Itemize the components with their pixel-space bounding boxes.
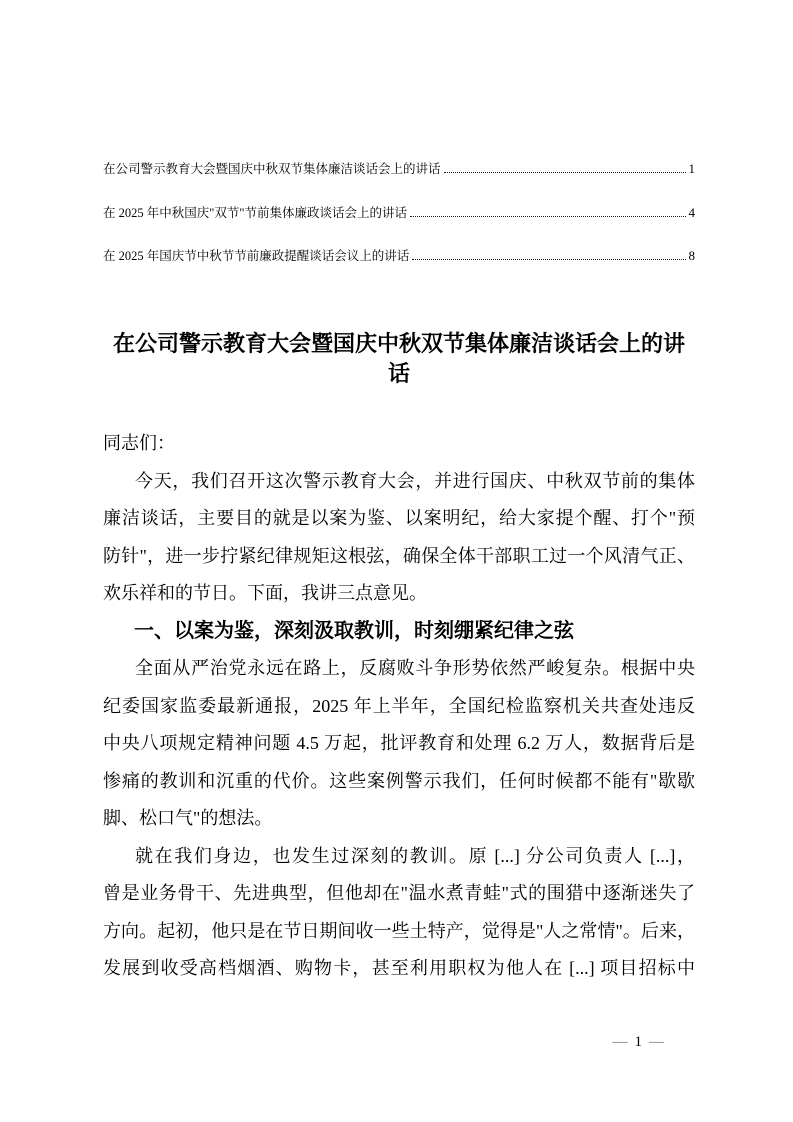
text-line: 惨痛的教训和沉重的代价。这些案例警示我们，任何时候都不能有"歇歇 (103, 763, 695, 801)
toc-leader-dots (410, 216, 686, 217)
toc-entry-title: 在 2025 年中秋国庆"双节"节前集体廉政谈话会上的讲话 (103, 192, 407, 236)
toc-entry[interactable]: 在 2025 年中秋国庆"双节"节前集体廉政谈话会上的讲话 4 (103, 191, 695, 235)
text-line: 脚、松口气"的想法。 (103, 800, 695, 838)
paragraph: 就在我们身边，也发生过深刻的教训。原 [...] 分公司负责人 [...]， 曾… (103, 838, 695, 988)
text-line: 方向。起初，他只是在节日期间收一些土特产，觉得是"人之常情"。后来， (103, 913, 695, 951)
salutation: 同志们： (103, 425, 695, 463)
document-title: 在公司警示教育大会暨国庆中秋双节集体廉洁谈话会上的讲话 (103, 329, 695, 389)
section-heading: 一、以案为鉴，深刻汲取教训，时刻绷紧纪律之弦 (103, 613, 695, 651)
text-line: 防针"，进一步拧紧纪律规矩这根弦，确保全体干部职工过一个风清气正、 (103, 538, 695, 576)
table-of-contents: 在公司警示教育大会暨国庆中秋双节集体廉洁谈话会上的讲话 1 在 2025 年中秋… (103, 147, 695, 278)
text-line: 就在我们身边，也发生过深刻的教训。原 [...] 分公司负责人 [...]， (103, 838, 695, 876)
toc-entry-title: 在公司警示教育大会暨国庆中秋双节集体廉洁谈话会上的讲话 (103, 148, 441, 192)
paragraph: 全面从严治党永远在路上，反腐败斗争形势依然严峻复杂。根据中央 纪委国家监委最新通… (103, 650, 695, 838)
paragraph: 今天，我们召开这次警示教育大会，并进行国庆、中秋双节前的集体 廉洁谈话，主要目的… (103, 463, 695, 613)
toc-page-number: 1 (689, 147, 696, 191)
document-body: 同志们： 今天，我们召开这次警示教育大会，并进行国庆、中秋双节前的集体 廉洁谈话… (103, 425, 695, 988)
text-line: 纪委国家监委最新通报，2025 年上半年，全国纪检监察机关共查处违反 (103, 688, 695, 726)
text-line: 欢乐祥和的节日。下面，我讲三点意见。 (103, 575, 695, 613)
toc-page-number: 4 (689, 191, 696, 235)
text-line: 廉洁谈话，主要目的就是以案为鉴、以案明纪，给大家提个醒、打个"预 (103, 500, 695, 538)
footer-dash: — (606, 1034, 635, 1050)
text-line: 中央八项规定精神问题 4.5 万起，批评教育和处理 6.2 万人，数据背后是 (103, 725, 695, 763)
page-footer: —1— (606, 1033, 672, 1051)
toc-leader-dots (444, 172, 686, 173)
toc-entry[interactable]: 在公司警示教育大会暨国庆中秋双节集体廉洁谈话会上的讲话 1 (103, 147, 695, 191)
text-line: 发展到收受高档烟酒、购物卡，甚至利用职权为他人在 [...] 项目招标中 (103, 950, 695, 988)
toc-entry-title: 在 2025 年国庆节中秋节节前廉政提醒谈话会议上的讲话 (103, 235, 409, 279)
footer-dash: — (642, 1034, 671, 1050)
toc-entry[interactable]: 在 2025 年国庆节中秋节节前廉政提醒谈话会议上的讲话 8 (103, 234, 695, 278)
text-line: 今天，我们召开这次警示教育大会，并进行国庆、中秋双节前的集体 (103, 463, 695, 501)
toc-leader-dots (412, 259, 685, 260)
document-page: 在公司警示教育大会暨国庆中秋双节集体廉洁谈话会上的讲话 1 在 2025 年中秋… (0, 0, 793, 1122)
footer-page-number: 1 (635, 1034, 643, 1050)
text-line: 曾是业务骨干、先进典型，但他却在"温水煮青蛙"式的围猎中逐渐迷失了 (103, 875, 695, 913)
text-line: 全面从严治党永远在路上，反腐败斗争形势依然严峻复杂。根据中央 (103, 650, 695, 688)
toc-page-number: 8 (689, 234, 696, 278)
